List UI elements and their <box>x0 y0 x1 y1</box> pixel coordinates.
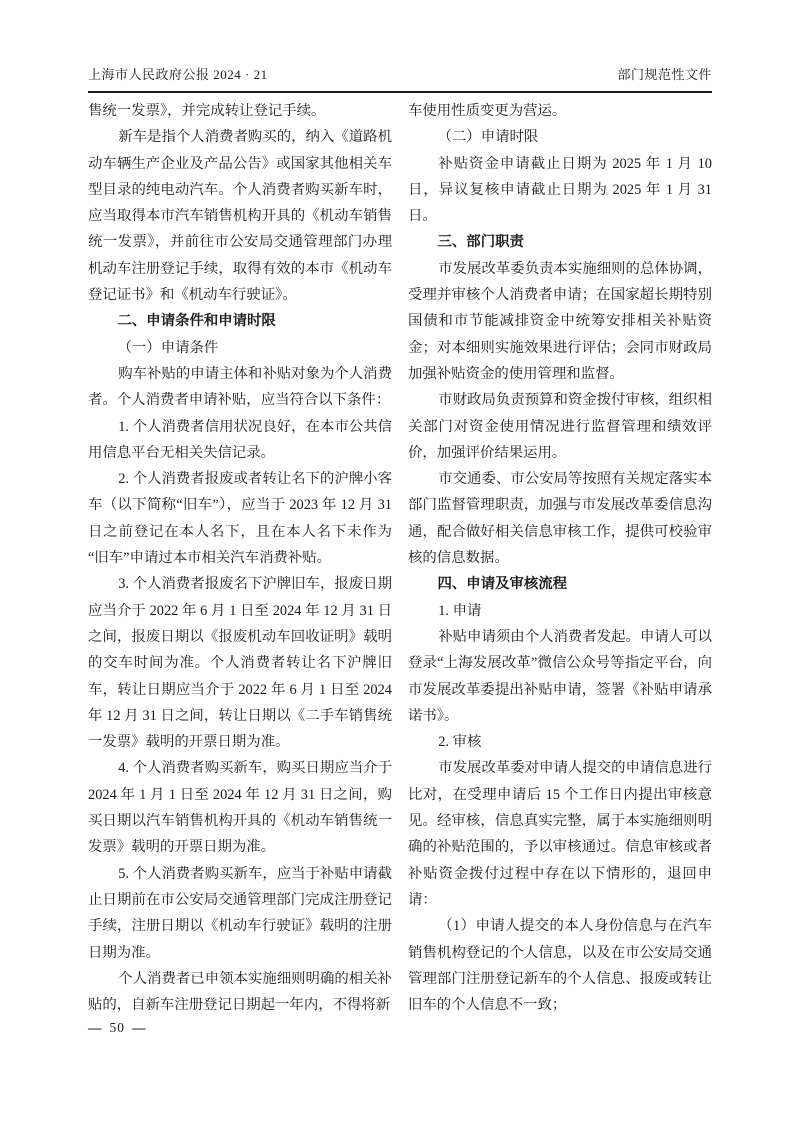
continuation-paragraph: 车使用性质变更为营运。 <box>408 98 712 124</box>
condition-item-3: 3. 个人消费者报废名下沪牌旧车，报废日期应当介于 2022 年 6 月 1 日… <box>88 571 392 755</box>
header-divider <box>88 91 712 93</box>
document-category-label: 部门规范性文件 <box>617 64 712 83</box>
step-heading-1: 1. 申请 <box>408 598 712 624</box>
page-number-value: 50 <box>110 1020 126 1036</box>
condition-item-2: 2. 个人消费者报废或者转让名下的沪牌小客车（以下简称“旧车”），应当于 202… <box>88 466 392 571</box>
condition-item-1: 1. 个人消费者信用状况良好，在本市公共信用信息平台无相关失信记录。 <box>88 414 392 467</box>
paragraph: 市发展改革委负责本实施细则的总体协调，受理并审核个人消费者申请；在国家超长期特别… <box>408 256 712 387</box>
paragraph: 补贴资金申请截止日期为 2025 年 1 月 10 日，异议复核申请截止日期为 … <box>408 151 712 230</box>
paragraph: 市财政局负责预算和资金拨付审核，组织相关部门对资金使用情况进行监督管理和绩效评价… <box>408 387 712 466</box>
paragraph: 市发展改革委对申请人提交的申请信息进行比对，在受理申请后 15 个工作日内提出审… <box>408 755 712 913</box>
paragraph: 购车补贴的申请主体和补贴对象为个人消费者。个人消费者申请补贴，应当符合以下条件： <box>88 361 392 414</box>
section-heading-4: 四、申请及审核流程 <box>408 571 712 597</box>
section-heading-2: 二、申请条件和申请时限 <box>88 308 392 334</box>
paragraph: 补贴申请须由个人消费者发起。申请人可以登录“上海发展改革”微信公众号等指定平台，… <box>408 624 712 729</box>
two-column-body: 售统一发票》，并完成转让登记手续。 新车是指个人消费者购买的，纳入《道路机动车辆… <box>88 98 712 1018</box>
continuation-paragraph: 售统一发票》，并完成转让登记手续。 <box>88 98 392 124</box>
left-column: 售统一发票》，并完成转让登记手续。 新车是指个人消费者购买的，纳入《道路机动车辆… <box>88 98 392 1018</box>
paragraph: 市交通委、市公安局等按照有关规定落实本部门监督管理职责，加强与市发展改革委信息沟… <box>408 466 712 571</box>
right-column: 车使用性质变更为营运。 （二）申请时限 补贴资金申请截止日期为 2025 年 1… <box>408 98 712 1018</box>
gazette-title: 上海市人民政府公报 2024 · 21 <box>88 64 268 83</box>
list-item-1: （1）申请人提交的本人身份信息与在汽车销售机构登记的个人信息，以及在市公安局交通… <box>408 913 712 1018</box>
page-number-dash-right: — <box>132 1020 147 1036</box>
paragraph: 新车是指个人消费者购买的，纳入《道路机动车辆生产企业及产品公告》或国家其他相关车… <box>88 124 392 308</box>
gazette-document-page: 上海市人民政府公报 2024 · 21 部门规范性文件 售统一发票》，并完成转让… <box>0 0 793 1122</box>
condition-item-5: 5. 个人消费者购买新车，应当于补贴申请截止日期前在市公安局交通管理部门完成注册… <box>88 861 392 966</box>
condition-item-4: 4. 个人消费者购买新车，购买日期应当介于 2024 年 1 月 1 日至 20… <box>88 755 392 860</box>
subsection-heading-2-1: （一）申请条件 <box>88 335 392 361</box>
section-heading-3: 三、部门职责 <box>408 229 712 255</box>
subsection-heading-2-2: （二）申请时限 <box>408 124 712 150</box>
page-number-dash-left: — <box>88 1020 103 1036</box>
step-heading-2: 2. 审核 <box>408 729 712 755</box>
paragraph: 个人消费者已申领本实施细则明确的相关补贴的，自新车注册登记日期起一年内，不得将新 <box>88 966 392 1019</box>
page-header: 上海市人民政府公报 2024 · 21 部门规范性文件 <box>88 64 712 83</box>
page-number: — 50 — <box>88 1020 147 1036</box>
